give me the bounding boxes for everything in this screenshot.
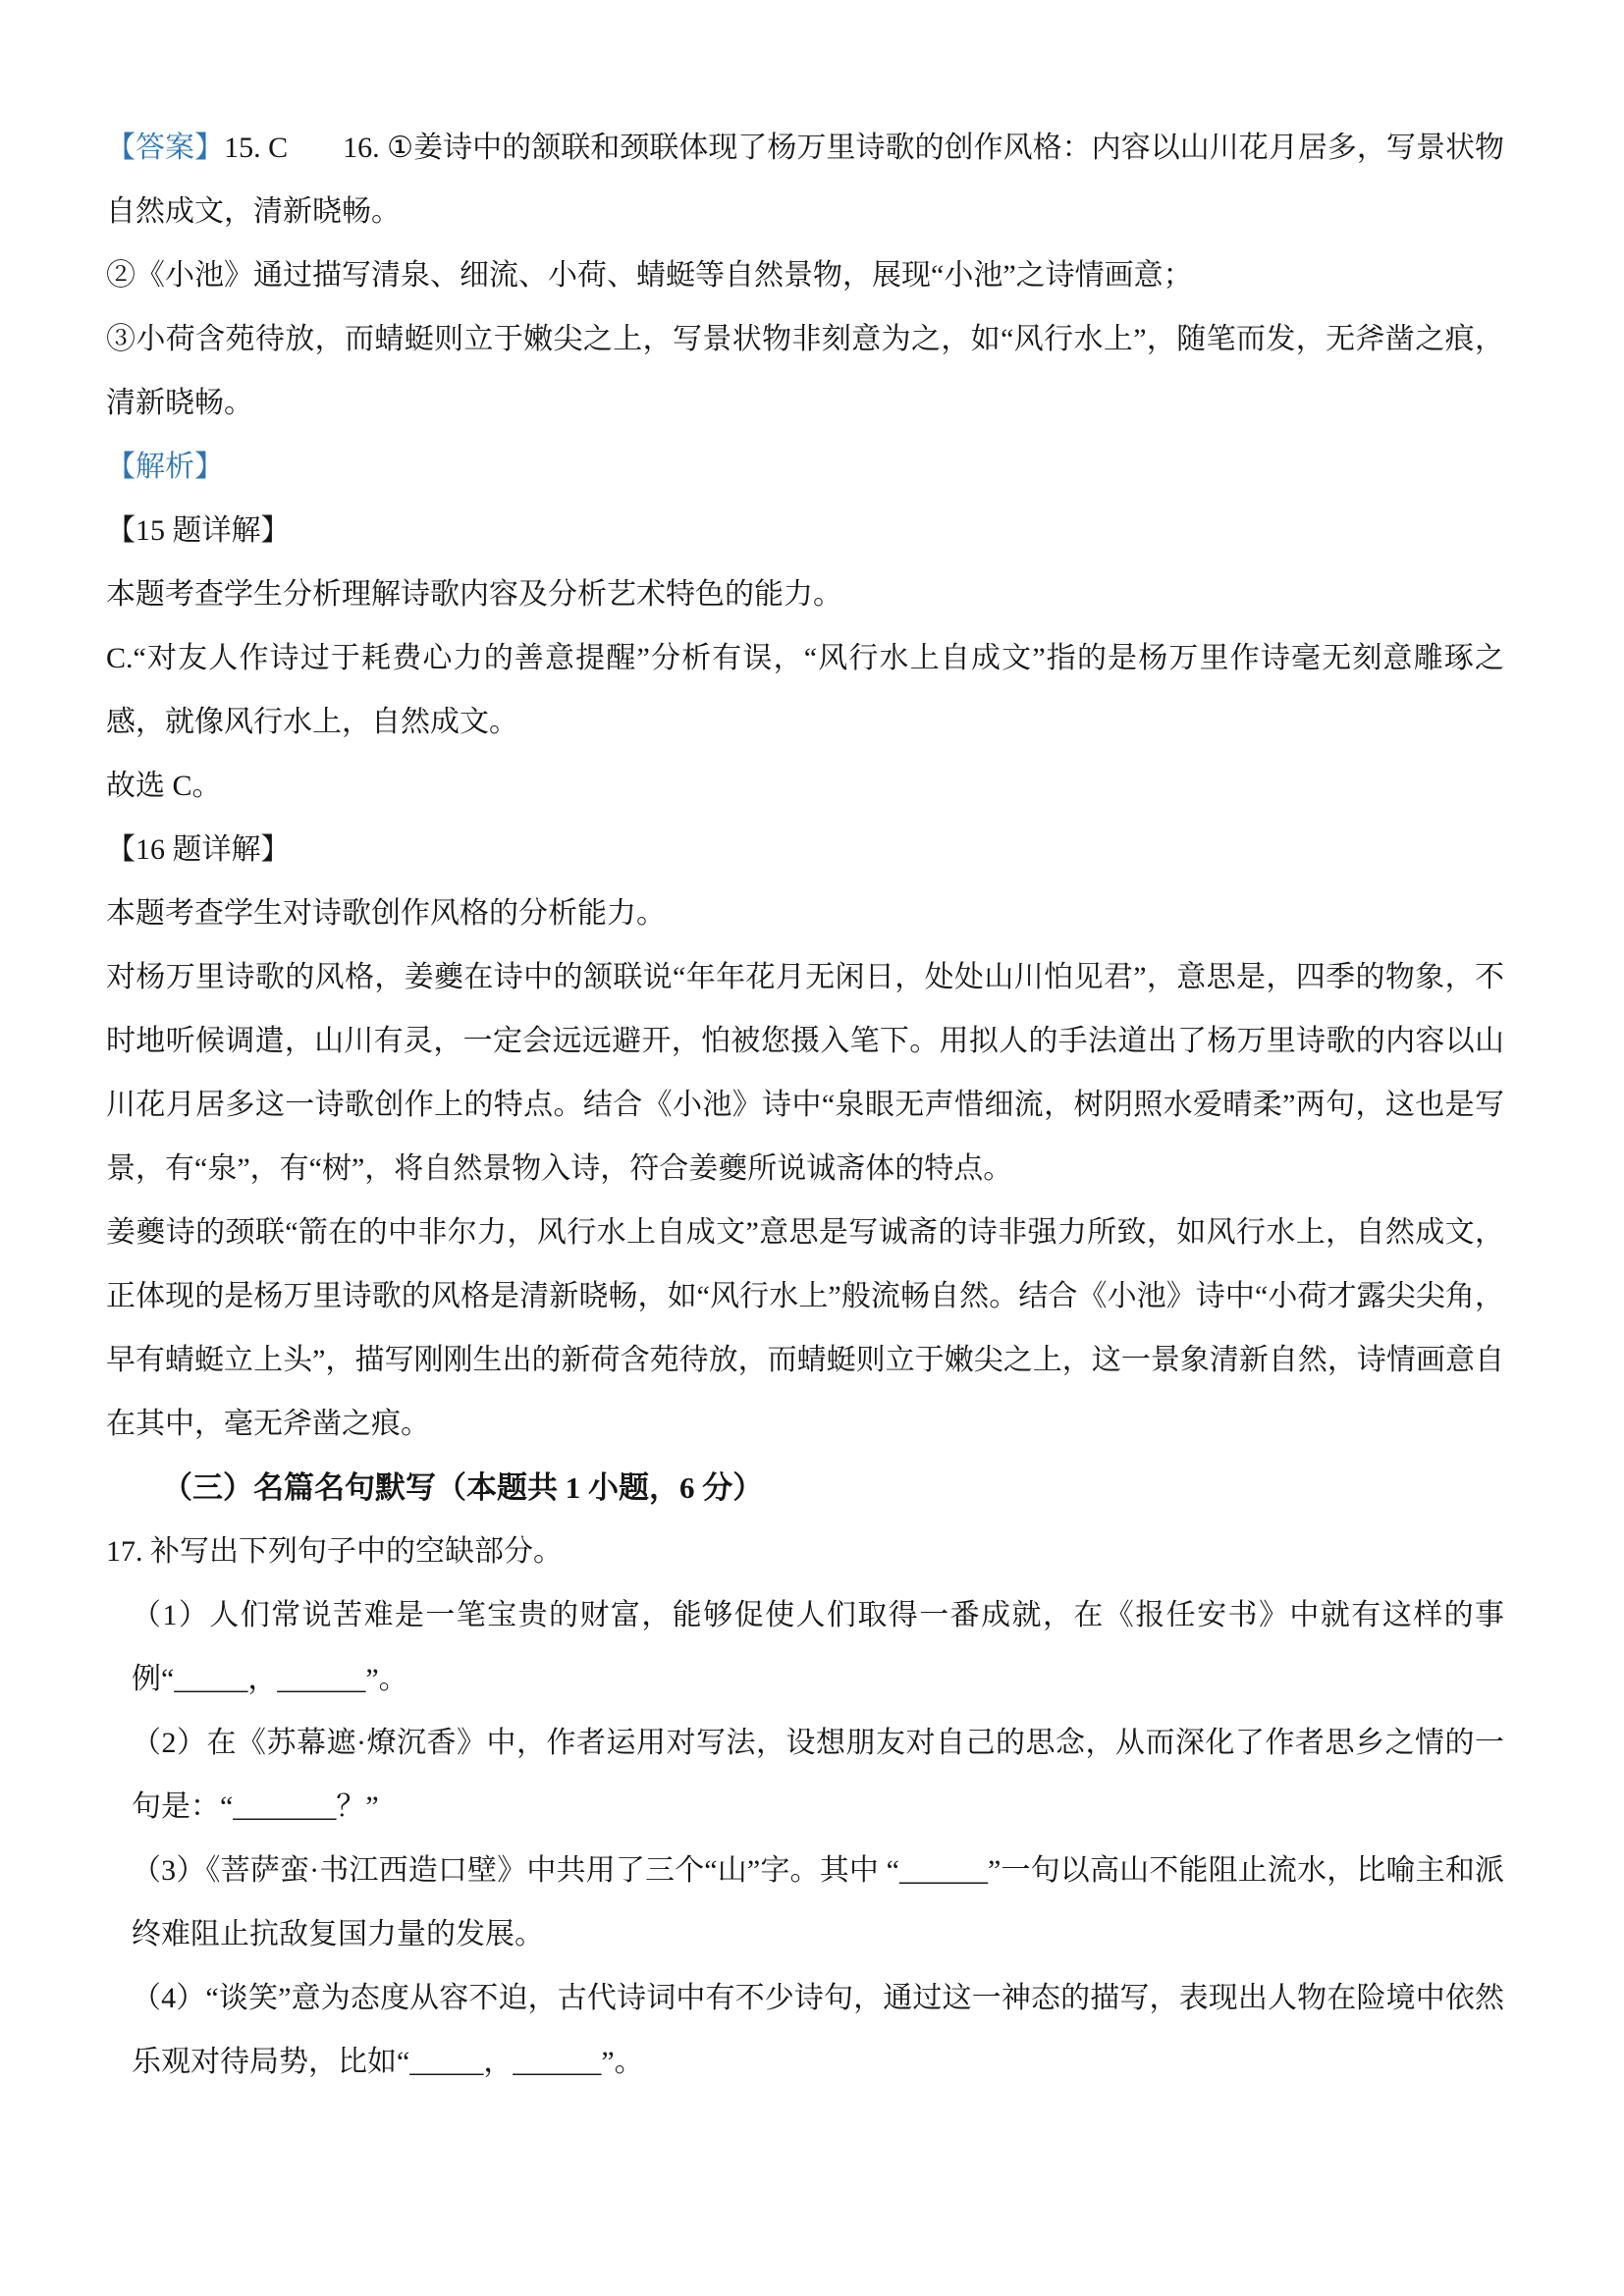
q16-detail-p1: 本题考查学生对诗歌创作风格的分析能力。: [106, 881, 1504, 945]
q17-item-1: （1）人们常说苦难是一笔宝贵的财富，能够促使人们取得一番成就，在《报任安书》中就…: [106, 1583, 1504, 1711]
section-3-heading: （三）名篇名句默写（本题共 1 小题，6 分）: [106, 1456, 1504, 1520]
q15-detail-p3: 故选 C。: [106, 754, 1504, 818]
q15-detail-p2: C.“对友人作诗过于耗费心力的善意提醒”分析有误，“风行水上自成文”指的是杨万里…: [106, 626, 1504, 754]
q16-detail-p2: 对杨万里诗歌的风格，姜夔在诗中的颔联说“年年花月无闲日，处处山川怕见君”，意思是…: [106, 945, 1504, 1201]
answer-point-2: ②《小池》通过描写清泉、细流、小荷、蜻蜓等自然景物，展现“小池”之诗情画意；: [106, 243, 1504, 307]
answer-paragraph: 【答案】15. C16. ①姜诗中的颔联和颈联体现了杨万里诗歌的创作风格：内容以…: [106, 116, 1504, 243]
q17-stem: 17. 补写出下列句子中的空缺部分。: [106, 1520, 1504, 1583]
q17-item-4: （4）“谈笑”意为态度从容不迫，古代诗词中有不少诗句，通过这一神态的描写，表现出…: [106, 1966, 1504, 2094]
exam-answer-page: 【答案】15. C16. ①姜诗中的颔联和颈联体现了杨万里诗歌的创作风格：内容以…: [0, 0, 1624, 2296]
q15-detail-p1: 本题考查学生分析理解诗歌内容及分析艺术特色的能力。: [106, 562, 1504, 626]
answer-marker: 【答案】: [106, 132, 224, 164]
q15-detail-header: 【15 题详解】: [106, 499, 1504, 562]
q16-detail-header: 【16 题详解】: [106, 818, 1504, 881]
q17-item-2: （2）在《苏幕遮·燎沉香》中，作者运用对写法，设想朋友对自己的思念，从而深化了作…: [106, 1711, 1504, 1839]
q16-detail-p3: 姜夔诗的颈联“箭在的中非尔力，风行水上自成文”意思是写诚斋的诗非强力所致，如风行…: [106, 1201, 1504, 1456]
answer-point-3: ③小荷含苑待放，而蜻蜓则立于嫩尖之上，写景状物非刻意为之，如“风行水上”，随笔而…: [106, 307, 1504, 435]
answer-q16: 16. ①姜诗中的颔联和颈联体现了杨万里诗歌的创作风格：内容以山川花月居多，写景…: [106, 132, 1504, 228]
analysis-marker: 【解析】: [106, 435, 1504, 499]
answer-q15: 15. C: [224, 132, 288, 164]
q17-item-3: （3）《菩萨蛮·书江西造口壁》中共用了三个“山”字。其中 “______”一句以…: [106, 1839, 1504, 1966]
